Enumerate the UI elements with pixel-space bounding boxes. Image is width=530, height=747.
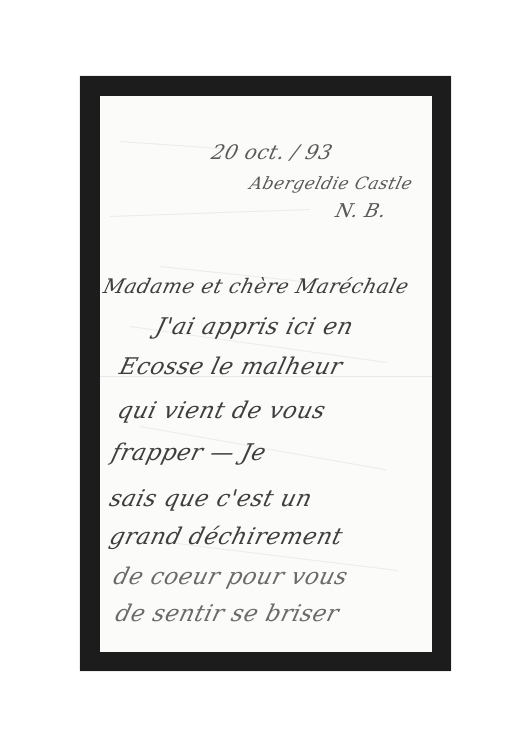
letter-line: grand déchirement <box>107 524 346 550</box>
letter-line: J'ai appris ici en <box>153 314 356 340</box>
letter-place: Abergeldie Castle <box>248 174 415 194</box>
page: 20 oct. / 93 Abergeldie Castle N. B. Mad… <box>0 0 530 747</box>
bleed-through-mark <box>110 209 310 217</box>
letter-line: Ecosse le malheur <box>117 354 345 380</box>
letter-region: N. B. <box>333 200 388 222</box>
salutation: Madame et chère Maréchale <box>101 274 412 298</box>
letter-line: sais que c'est un <box>107 486 315 512</box>
letter-line: de sentir se briser <box>113 601 342 627</box>
letter-paper: 20 oct. / 93 Abergeldie Castle N. B. Mad… <box>100 96 432 652</box>
letter-date: 20 oct. / 93 <box>209 140 335 164</box>
letter-line: qui vient de vous <box>115 398 329 424</box>
letter-line: frapper — Je <box>109 440 269 466</box>
letter-line: de coeur pour vous <box>111 564 351 590</box>
